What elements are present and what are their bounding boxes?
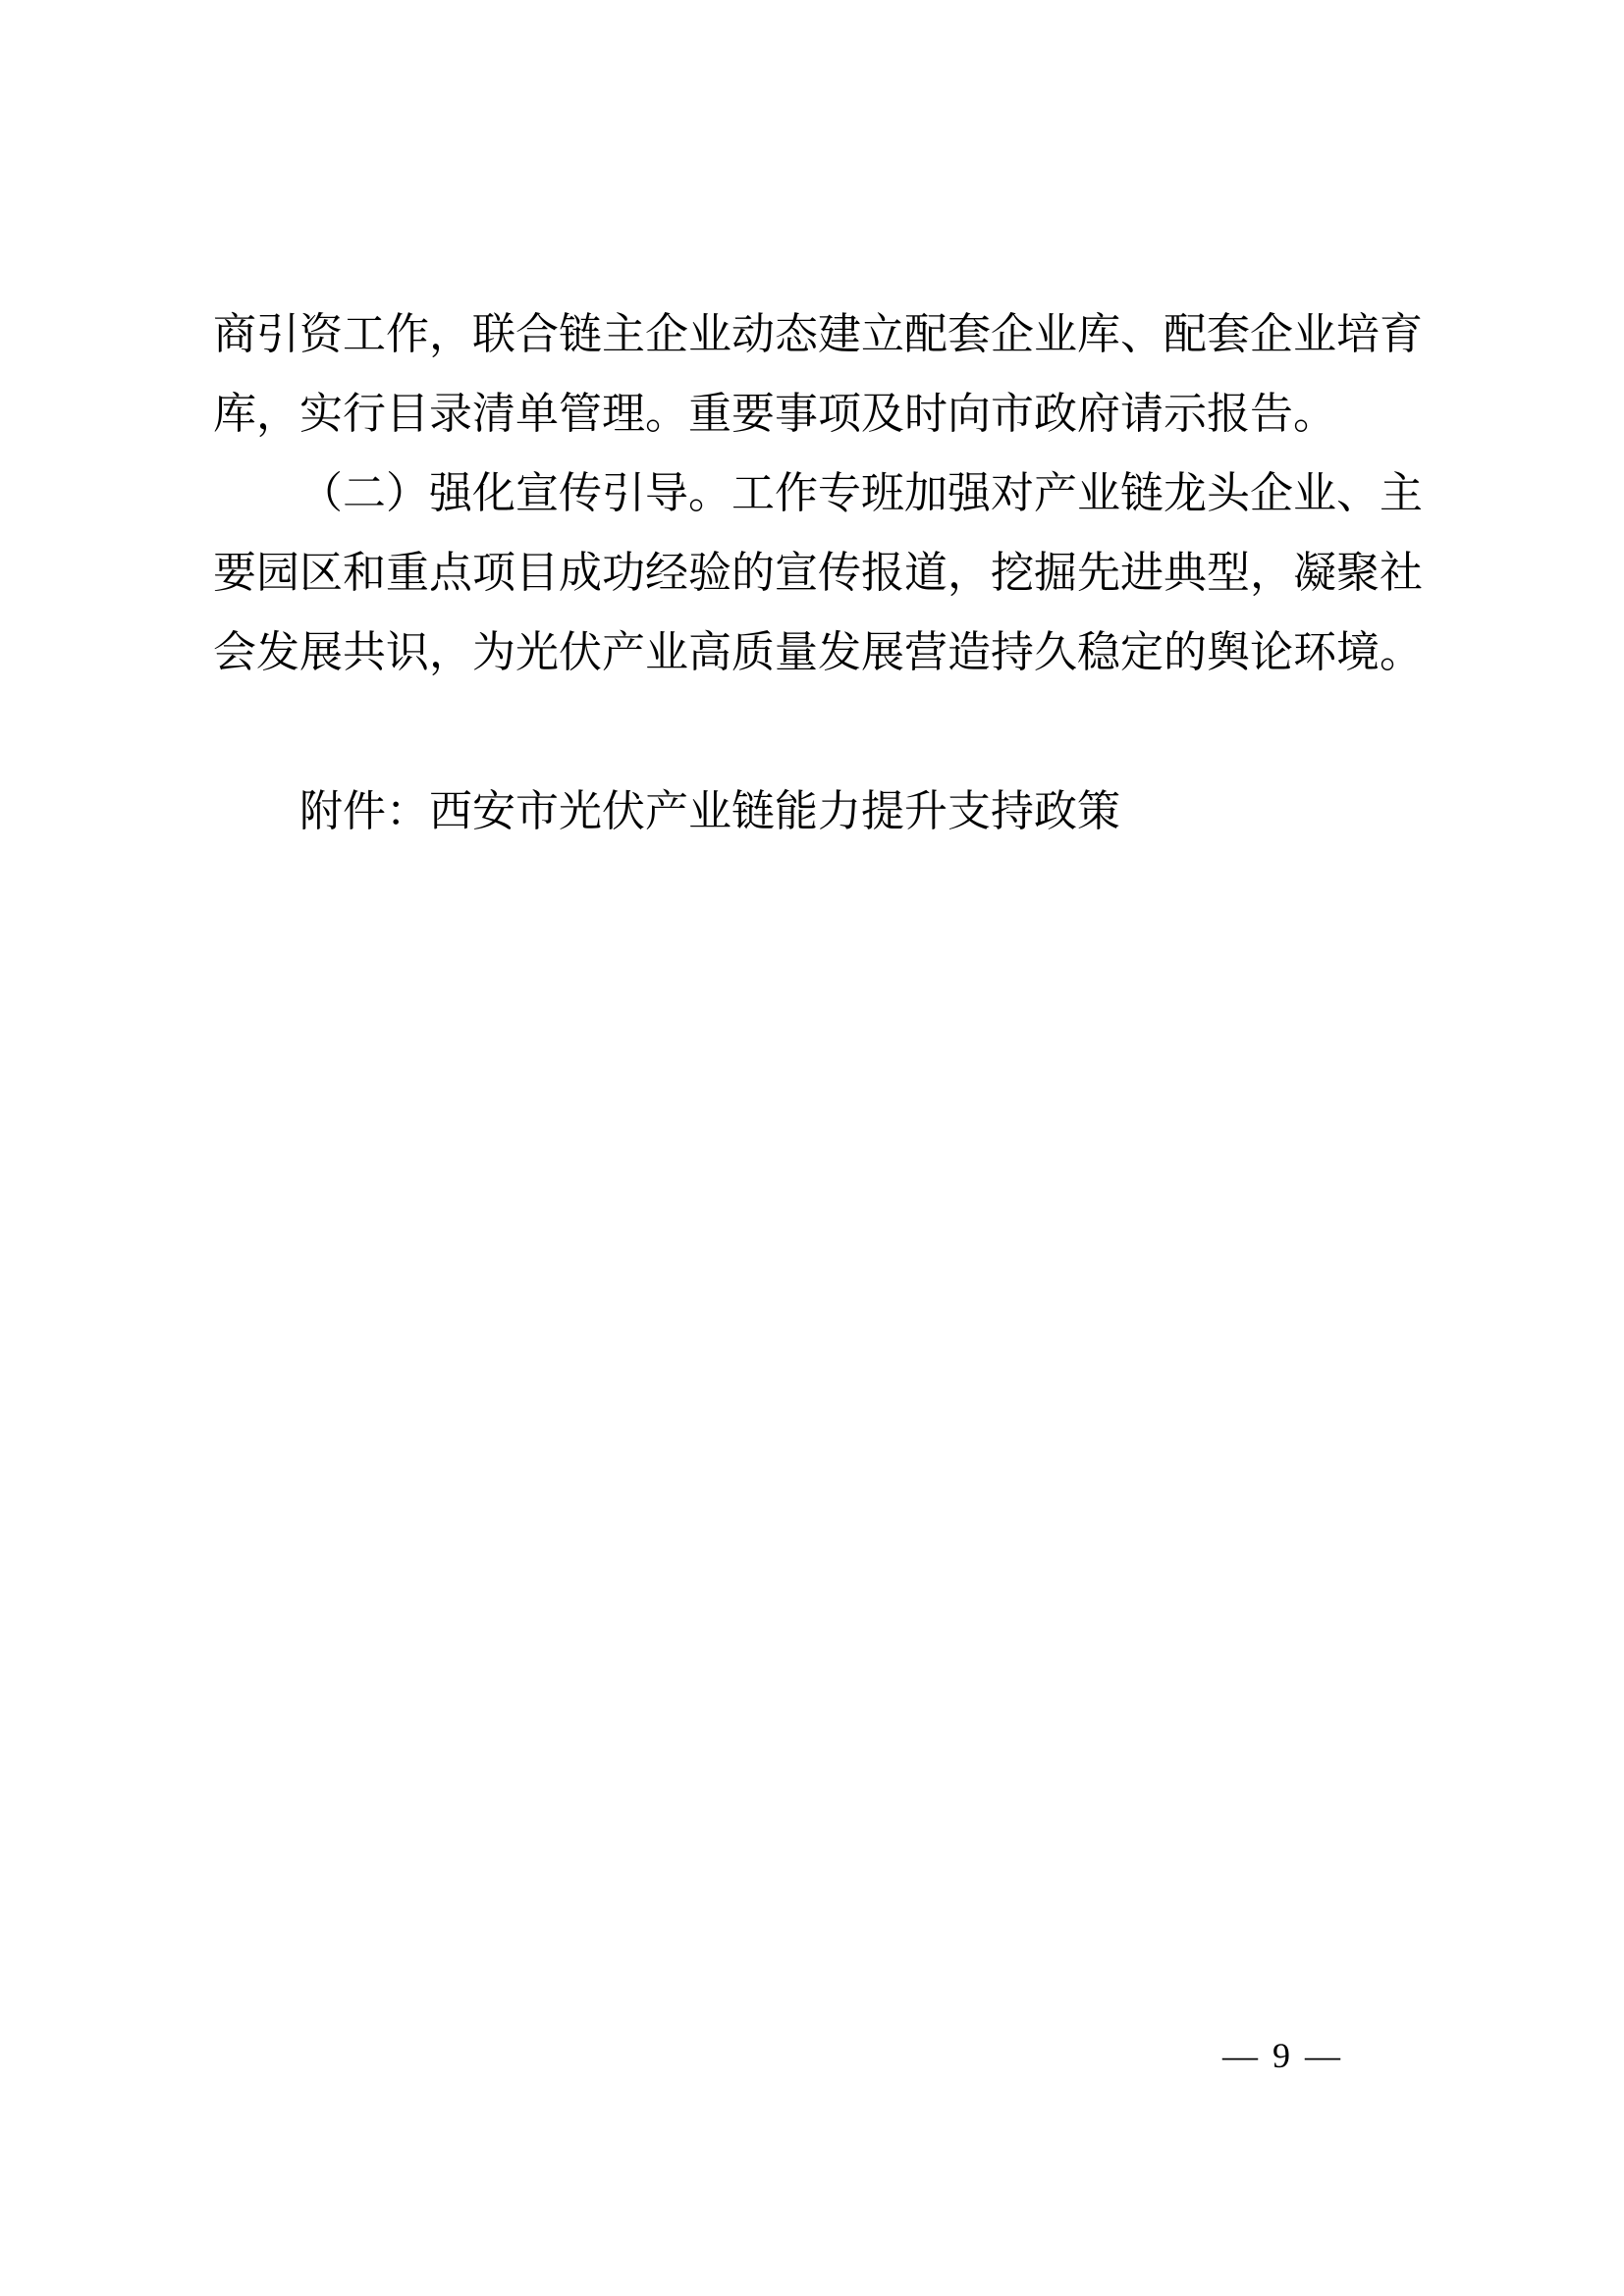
attachment-line: 附件：西安市光伏产业链能力提升支持政策 bbox=[213, 772, 1426, 851]
document-body: 商引资工作，联合链主企业动态建立配套企业库、配套企业培育 库，实行目录清单管理。… bbox=[213, 294, 1426, 851]
body-line-1: 商引资工作，联合链主企业动态建立配套企业库、配套企业培育 bbox=[213, 294, 1426, 374]
body-line-5: 会发展共识，为光伏产业高质量发展营造持久稳定的舆论环境。 bbox=[213, 613, 1426, 692]
body-line-3: 工作专班加强对产业链龙头企业、主 bbox=[731, 469, 1423, 517]
section-heading-line: （二）强化宣传引导。工作专班加强对产业链龙头企业、主 bbox=[213, 454, 1426, 533]
section-heading: （二）强化宣传引导。 bbox=[299, 469, 731, 517]
body-line-4: 要园区和重点项目成功经验的宣传报道，挖掘先进典型，凝聚社 bbox=[213, 533, 1426, 613]
page-number: — 9 — bbox=[1222, 2034, 1343, 2077]
document-page: 商引资工作，联合链主企业动态建立配套企业库、配套企业培育 库，实行目录清单管理。… bbox=[0, 0, 1624, 2296]
blank-line bbox=[213, 692, 1426, 772]
body-line-2: 库，实行目录清单管理。重要事项及时向市政府请示报告。 bbox=[213, 374, 1426, 454]
